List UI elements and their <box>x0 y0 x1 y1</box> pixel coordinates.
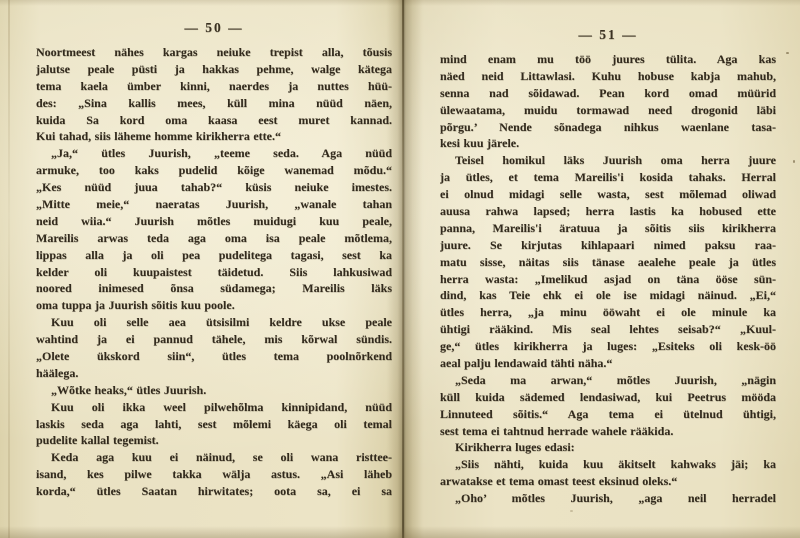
book-spread: — 50 — Noortmeest nähes kargas neiuke tr… <box>0 0 800 538</box>
text-line: põrgu.’ Nende sõnadega nihkus waenlane t… <box>440 119 776 136</box>
text-line: ühtigi rääkind. Mis seal lehtes seisab?“… <box>440 321 776 338</box>
text-line: „Siis nähti, kuida kuu äkitselt kahwaks … <box>440 456 776 473</box>
text-line: „Olete ükskord siin“, ütles tema poolnõr… <box>36 348 392 365</box>
page-right: — 51 — mind enam mu töö juures tülita. A… <box>440 27 776 507</box>
page-number-left: — 50 — <box>36 20 392 36</box>
text-line: „Mitte meie,“ naeratas Juurish, „wanale … <box>36 196 392 213</box>
text-line: oma tuppa ja Juurish sõitis kuu poole. <box>36 297 392 314</box>
text-line: sest tema ei tahtnud herrade wahele rääk… <box>440 423 776 440</box>
text-line: Mareilis arwas teda aga oma isa peale mõ… <box>36 230 392 247</box>
text-line: küll kuida sädemed lendasiwad, kui Peetr… <box>440 389 776 406</box>
text-line: „Seda ma arwan,“ mõtles Juurish, „nägin <box>440 372 776 389</box>
text-line: näed neid Littawlasi. Kuhu hobuse kabja … <box>440 68 776 85</box>
text-line: armuke, too kaks pudelid kõige wanemad m… <box>36 162 392 179</box>
text-line: Kirikherra luges edasi: <box>440 439 776 456</box>
text-line: häälega. <box>36 365 392 382</box>
paper-speck <box>570 510 573 512</box>
text-line: „Ja,“ ütles Juurish, „teeme seda. Aga nü… <box>36 145 392 162</box>
page-left-text: Noortmeest nähes kargas neiuke trepist a… <box>36 44 392 500</box>
text-line: wahtind ja ei pannud tähele, mis kõrwal … <box>36 331 392 348</box>
text-line: isand, kes pilwe takka wälja astus. „Asi… <box>36 466 392 483</box>
text-line: ülewaatama, muidu tormawad need drogonid… <box>440 102 776 119</box>
page-left: — 50 — Noortmeest nähes kargas neiuke tr… <box>36 20 392 500</box>
page-edge-crease <box>8 0 10 538</box>
text-line: ja ütles, et tema Mareilis'i kosida taha… <box>440 169 776 186</box>
page-right-text: mind enam mu töö juures tülita. Aga kasn… <box>440 51 776 507</box>
text-line: auusa rahwa lapsed; herra lastis ka hobu… <box>440 203 776 220</box>
text-line: kesi kuu järele. <box>440 135 776 152</box>
scanned-book-photo: { "colors": { "paper": "#e9e1c2", "ink":… <box>0 0 800 538</box>
text-line: „Wõtke heaks,“ ütles Juurish. <box>36 382 392 399</box>
text-line: senna nad sõidawad. Pean kord omad müüri… <box>440 85 776 102</box>
text-line: Keda aga kuu ei näinud, se oli wana rist… <box>36 449 392 466</box>
paper-speck <box>786 52 789 54</box>
paper-speck <box>793 160 795 163</box>
text-line: Teisel homikul läks Juurish oma herra ju… <box>440 152 776 169</box>
text-line: herra wasta: „Imelikud asjad on täna öös… <box>440 271 776 288</box>
text-line: aeal palju lendawaid tähti näha.“ <box>440 355 776 372</box>
text-line: arwatakse et tema omast teest eksinud ol… <box>440 473 776 490</box>
text-line: „Oho’ mõtles Juurish, „aga neil herradel <box>440 490 776 507</box>
text-line: Noortmeest nähes kargas neiuke trepist a… <box>36 44 392 61</box>
text-line: korda,“ ütles Saatan hirwitates; oota sa… <box>36 483 392 500</box>
text-line: Kuu oli ikka weel pilwehõlma kinnipidand… <box>36 399 392 416</box>
text-line: neid wiia.“ Juurish mõtles muidugi kuu p… <box>36 213 392 230</box>
text-line: ütles herra, „ja minu ööwaht ei ole minu… <box>440 304 776 321</box>
text-line: noored inimesed õnsa südamega; Mareilis … <box>36 280 392 297</box>
text-line: Kui tahad, siis läheme homme kirikherra … <box>36 128 392 145</box>
page-number-right: — 51 — <box>440 27 776 43</box>
text-line: kuida Sa kord oma kaasa eest muret kanna… <box>36 112 392 129</box>
text-line: dind, kas Teie ehk ei ole ise midagi näi… <box>440 287 776 304</box>
text-line: ge,“ ütles kirikherra ja luges: „Esiteks… <box>440 338 776 355</box>
text-line: laskis seda aga lahti, sest mõlemi käega… <box>36 416 392 433</box>
book-gutter-shadow <box>386 0 422 538</box>
text-line: „Kes nüüd juua tahab?“ küsis neiuke imes… <box>36 179 392 196</box>
book-bottom-shadow <box>0 526 800 538</box>
text-line: mind enam mu töö juures tülita. Aga kas <box>440 51 776 68</box>
text-line: matu sisse, näitas siis tänase aealehe p… <box>440 254 776 271</box>
text-line: jalutse peale püsti ja hakkas pehme, wal… <box>36 61 392 78</box>
book-gutter-fold-line <box>402 0 404 538</box>
text-line: tema kaela ümber kinni, naerdes ja nutte… <box>36 78 392 95</box>
text-line: juure. Se kirjutas kihlapaari nimed paks… <box>440 237 776 254</box>
text-line: lippas alla ja oli pea pudelitega tagasi… <box>36 247 392 264</box>
text-line: Kuu oli selle aea ütsisilmi keldre ukse … <box>36 314 392 331</box>
text-line: kelder oli kuupaistest täidetud. Siis la… <box>36 264 392 281</box>
text-line: des: „Sina kallis mees, küll mina nüüd n… <box>36 95 392 112</box>
text-line: pudelite kallal tegemist. <box>36 432 392 449</box>
text-line: Linnuteed sõitis.“ Aga tema ei ütelnud ü… <box>440 406 776 423</box>
text-line: panna, Mareilis'i äratuua ja sõitis siis… <box>440 220 776 237</box>
text-line: ei olnud midagi selle wasta, sest mõlema… <box>440 186 776 203</box>
